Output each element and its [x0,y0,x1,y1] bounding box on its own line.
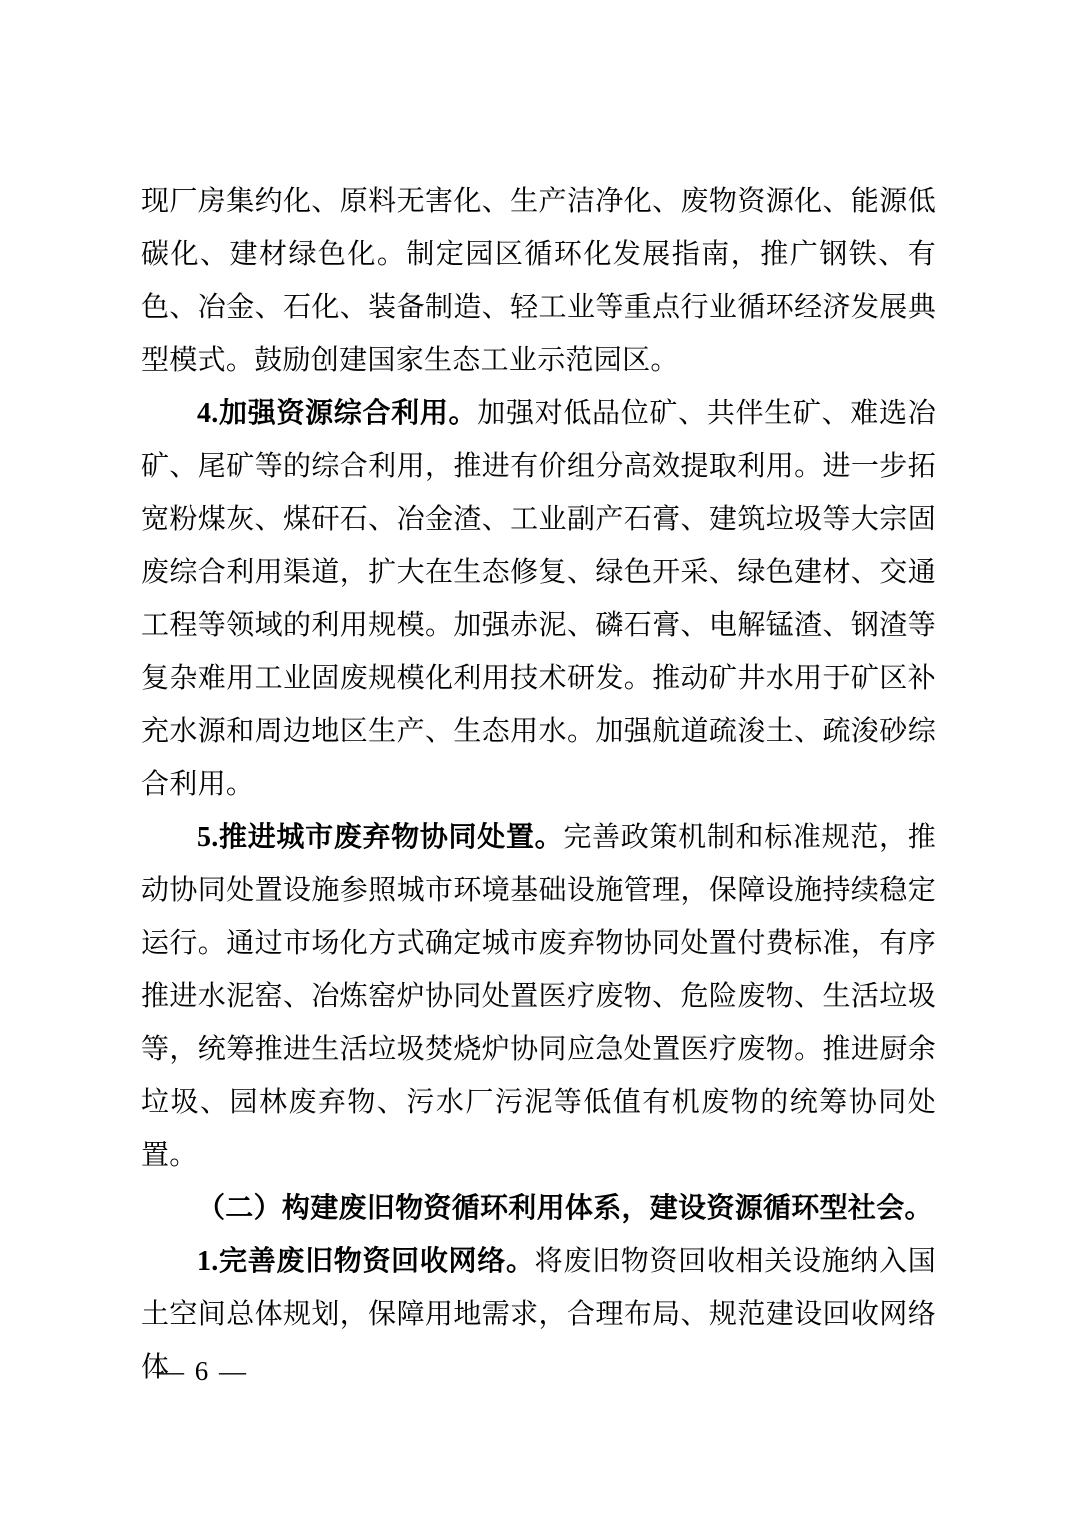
section-heading-2-text: （二）构建废旧物资循环利用体系，建设资源循环型社会。 [197,1193,933,1224]
section-heading-2: （二）构建废旧物资循环利用体系，建设资源循环型社会。 [141,1182,936,1235]
document-body: 现厂房集约化、原料无害化、生产洁净化、废物资源化、能源低碳化、建材绿色化。制定园… [141,175,936,1394]
paragraph-item-4-body: 加强对低品位矿、共伴生矿、难选冶矿、尾矿等的综合利用，推进有价组分高效提取利用。… [141,398,936,800]
page-footer: — 6 — [157,1346,248,1396]
page-number: — 6 — [157,1356,248,1386]
paragraph-continuation: 现厂房集约化、原料无害化、生产洁净化、废物资源化、能源低碳化、建材绿色化。制定园… [141,175,936,387]
paragraph-item-1-lead: 1.完善废旧物资回收网络。 [197,1246,535,1277]
paragraph-item-4: 4.加强资源综合利用。加强对低品位矿、共伴生矿、难选冶矿、尾矿等的综合利用，推进… [141,387,936,811]
paragraph-item-1: 1.完善废旧物资回收网络。将废旧物资回收相关设施纳入国土空间总体规划，保障用地需… [141,1235,936,1394]
document-page: 现厂房集约化、原料无害化、生产洁净化、废物资源化、能源低碳化、建材绿色化。制定园… [0,0,1074,1520]
paragraph-item-5-body: 完善政策机制和标准规范，推动协同处置设施参照城市环境基础设施管理，保障设施持续稳… [141,822,936,1171]
paragraph-item-5-lead: 5.推进城市废弃物协同处置。 [197,822,563,853]
paragraph-item-4-lead: 4.加强资源综合利用。 [197,398,477,429]
paragraph-continuation-text: 现厂房集约化、原料无害化、生产洁净化、废物资源化、能源低碳化、建材绿色化。制定园… [141,186,936,376]
paragraph-item-5: 5.推进城市废弃物协同处置。完善政策机制和标准规范，推动协同处置设施参照城市环境… [141,811,936,1182]
